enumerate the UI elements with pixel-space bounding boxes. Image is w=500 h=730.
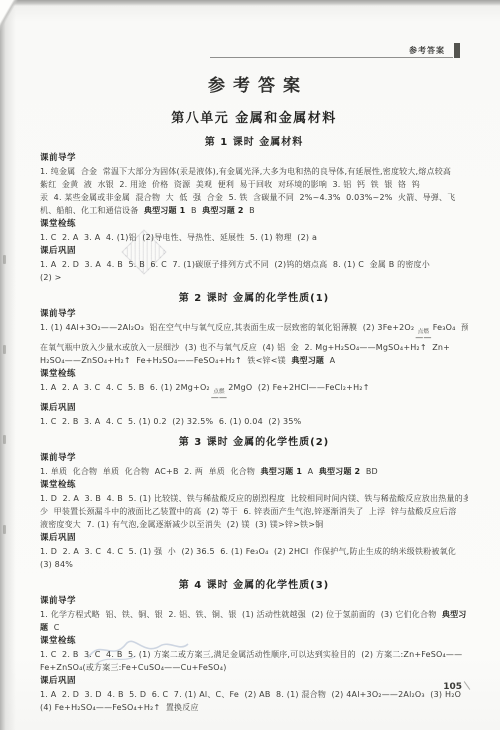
answer-line: 1. C 2. B 3. A 4. C 5. (1) 0.2 (2) 32.5%… <box>40 415 468 428</box>
answer-line: 少 甲装置长颈漏斗中的液面比乙装置中的高 (2) 等于 6. 锌表面产生气泡,锌… <box>40 505 468 518</box>
answer-line: 液密度变大 7. (1) 有气泡,金属逐渐减少以至消失 (2) 镁 (3) 镁>… <box>40 518 468 531</box>
page-number: 105 <box>443 682 462 692</box>
answer-line: (2) > <box>40 271 468 284</box>
answer-line: 1. 单质 化合物 单质 化合物 AC+B 2. 两 单质 化合物 典型习题 1… <box>40 465 468 478</box>
section-heading: 课后巩固 <box>40 676 468 687</box>
lesson-title: 第 2 课时 金属的化学性质(1) <box>40 292 468 305</box>
answer-line: (3) 84% <box>40 558 468 571</box>
scanned-answer-page: 参考答案 参考答案 第八单元 金属和金属材料 第 1 课时 金属材料课前导学1.… <box>0 0 500 730</box>
lessons-container: 第 1 课时 金属材料课前导学1. 纯金属 合金 常温下大部分为固体(汞是液体)… <box>40 136 468 714</box>
answer-line: 汞 4. 某些金属或非金属 混合物 大 低 强 合金 5. 铁 含碳量不同 2%… <box>40 191 468 204</box>
reaction-condition: 点燃—— <box>415 329 431 341</box>
lesson-title: 第 1 课时 金属材料 <box>40 136 468 149</box>
answer-line: 在氧气瓶中放入少量水或放入一层细沙 (3) 也不与氧气反应 (4) 铝 金 2.… <box>40 341 468 354</box>
section-heading: 课前导学 <box>40 596 468 607</box>
answers-content: 参考答案 第八单元 金属和金属材料 第 1 课时 金属材料课前导学1. 纯金属 … <box>0 0 500 714</box>
answer-line: 1. A 2. D 3. D 4. B 5. D 6. C 7. (1) Al、… <box>40 688 468 701</box>
unit-title: 第八单元 金属和金属材料 <box>40 110 468 127</box>
lesson-title: 第 4 课时 金属的化学性质(3) <box>40 579 468 592</box>
answer-line: 1. D 2. A 3. B 4. B 5. (1) 比较镁、铁与稀盐酸反应的剧… <box>40 492 468 505</box>
section-heading: 课前导学 <box>40 153 468 164</box>
reaction-condition: 点燃—— <box>211 389 227 401</box>
answer-line: 1. A 2. D 3. A 4. B 5. B 6. C 7. (1)碳原子排… <box>40 258 468 271</box>
section-heading: 课前导学 <box>40 453 468 464</box>
answer-line: 机、船舶、化工和通信设备 典型习题 1 B 典型习题 2 B <box>40 204 468 217</box>
section-heading: 课后巩固 <box>40 533 468 544</box>
answer-line: 1. A 2. A 3. C 4. C 5. B 6. (1) 2Mg+O₂点燃… <box>40 381 468 401</box>
answer-line: H₂SO₄——ZnSO₄+H₂↑ Fe+H₂SO₄——FeSO₄+H₂↑ 铁<锌… <box>40 354 468 367</box>
section-heading: 课堂检练 <box>40 219 468 230</box>
page-title: 参考答案 <box>40 76 468 97</box>
section-heading: 课堂检练 <box>40 480 468 491</box>
blue-pen-scribble-icon <box>82 630 192 670</box>
lesson-title: 第 3 课时 金属的化学性质(2) <box>40 436 468 449</box>
section-heading: 课后巩固 <box>40 403 468 414</box>
answer-line: (4) Fe+H₂SO₄——FeSO₄+H₂↑ 置换反应 <box>40 701 468 714</box>
section-heading: 课前导学 <box>40 309 468 320</box>
answer-line: 1. D 2. A 3. C 4. C 5. (1) 强 小 (2) 36.5 … <box>40 545 468 558</box>
answer-line: 1. (1) 4Al+3O₂——2Al₂O₃ 铝在空气中与氧气反应,其表面生成一… <box>40 321 468 341</box>
answer-line: 紫红 金黄 液 水银 2. 用途 价格 资源 美观 便利 易于回收 对环境的影响… <box>40 178 468 191</box>
section-heading: 课后巩固 <box>40 246 468 257</box>
answer-line: 1. 纯金属 合金 常温下大部分为固体(汞是液体),有金属光泽,大多为电和热的良… <box>40 165 468 178</box>
answer-line: 1. C 2. A 3. A 4. (1)铝 (2)导电性、导热性、延展性 5.… <box>40 231 468 244</box>
section-heading: 课堂检练 <box>40 369 468 380</box>
answer-line: 1. 化学方程式略 铝、铁、铜、银 2. 铝、铁、铜、银 (1) 活动性就越强 … <box>40 608 468 621</box>
